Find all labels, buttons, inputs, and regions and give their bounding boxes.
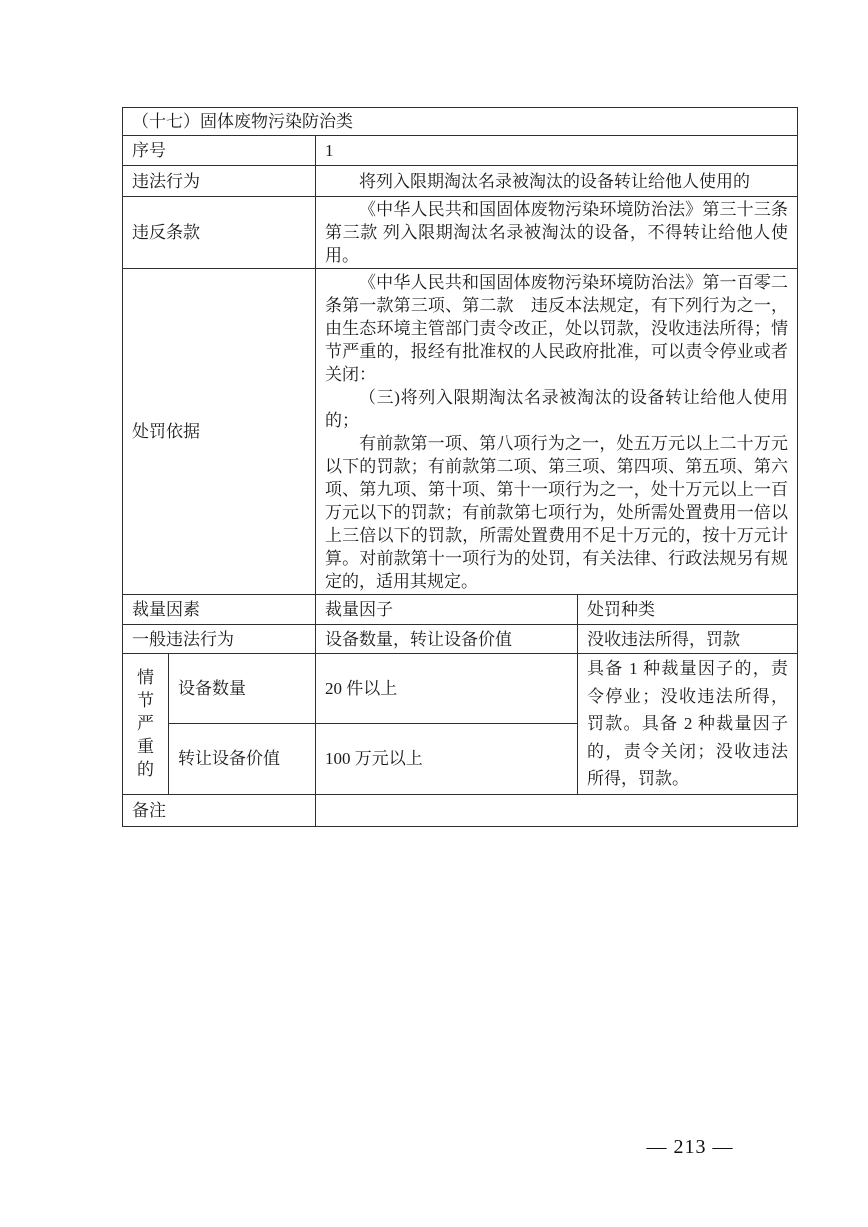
illegal-act-value: 将列入限期淘汰名录被淘汰的设备转让给他人使用的	[316, 166, 798, 197]
serial-number-value: 1	[316, 136, 798, 166]
severe-penalty-description: 具备 1 种裁量因子的，责令停业；没收违法所得，罚款。具备 2 种裁量因子的，责…	[578, 654, 798, 795]
serial-number-row: 序号 1	[123, 136, 798, 166]
serial-number-label: 序号	[123, 136, 316, 166]
discretion-subfactor-header: 裁量因子	[316, 595, 578, 625]
penalty-basis-paragraph-3: 有前款第一项、第八项行为之一，处五万元以上二十万元以下的罚款；有前款第二项、第三…	[325, 432, 788, 593]
category-header-row: （十七）固体废物污染防治类	[123, 108, 798, 136]
general-violation-penalty: 没收违法所得，罚款	[578, 625, 798, 654]
violated-clause-value: 《中华人民共和国固体废物污染环境防治法》第三十三条第三款 列入限期淘汰名录被淘汰…	[316, 197, 798, 269]
penalty-discretion-table: （十七）固体废物污染防治类 序号 1 违法行为 将列入限期淘汰名录被淘汰的设备转…	[122, 107, 798, 827]
illegal-act-row: 违法行为 将列入限期淘汰名录被淘汰的设备转让给他人使用的	[123, 166, 798, 197]
general-violation-label: 一般违法行为	[123, 625, 316, 654]
violated-clause-row: 违反条款 《中华人民共和国固体废物污染环境防治法》第三十三条第三款 列入限期淘汰…	[123, 197, 798, 269]
page-number: — 213 —	[610, 1136, 770, 1159]
severe-violation-vertical-label: 情节严重的	[136, 666, 156, 781]
severe-factor-2-name: 转让设备价值	[169, 723, 316, 794]
general-violation-row: 一般违法行为 设备数量，转让设备价值 没收违法所得，罚款	[123, 625, 798, 654]
violated-clause-label: 违反条款	[123, 197, 316, 269]
violated-clause-text: 《中华人民共和国固体废物污染环境防治法》第三十三条第三款 列入限期淘汰名录被淘汰…	[325, 198, 788, 267]
factor-header-row: 裁量因素 裁量因子 处罚种类	[123, 595, 798, 625]
penalty-type-header: 处罚种类	[578, 595, 798, 625]
penalty-basis-row: 处罚依据 《中华人民共和国固体废物污染环境防治法》第一百零二条第一款第三项、第二…	[123, 269, 798, 595]
severe-factor-2-threshold: 100 万元以上	[316, 723, 578, 794]
penalty-basis-paragraph-2: （三)将列入限期淘汰名录被淘汰的设备转让给他人使用的；	[325, 386, 788, 432]
document-page: （十七）固体废物污染防治类 序号 1 违法行为 将列入限期淘汰名录被淘汰的设备转…	[0, 0, 868, 1227]
category-header: （十七）固体废物污染防治类	[123, 108, 798, 136]
penalty-basis-value: 《中华人民共和国固体废物污染环境防治法》第一百零二条第一款第三项、第二款 违反本…	[316, 269, 798, 595]
general-violation-factors: 设备数量，转让设备价值	[316, 625, 578, 654]
illegal-act-label: 违法行为	[123, 166, 316, 197]
severe-violation-row-1: 情节严重的 设备数量 20 件以上 具备 1 种裁量因子的，责令停业；没收违法所…	[123, 654, 798, 724]
severe-factor-1-threshold: 20 件以上	[316, 654, 578, 724]
remark-value	[316, 794, 798, 826]
penalty-basis-label: 处罚依据	[123, 269, 316, 595]
illegal-act-text: 将列入限期淘汰名录被淘汰的设备转让给他人使用的	[325, 170, 788, 193]
severe-factor-1-name: 设备数量	[169, 654, 316, 724]
remark-row: 备注	[123, 794, 798, 826]
penalty-basis-paragraph-1: 《中华人民共和国固体废物污染环境防治法》第一百零二条第一款第三项、第二款 违反本…	[325, 271, 788, 386]
discretion-factor-header: 裁量因素	[123, 595, 316, 625]
severe-violation-label-cell: 情节严重的	[123, 654, 169, 795]
remark-label: 备注	[123, 794, 316, 826]
